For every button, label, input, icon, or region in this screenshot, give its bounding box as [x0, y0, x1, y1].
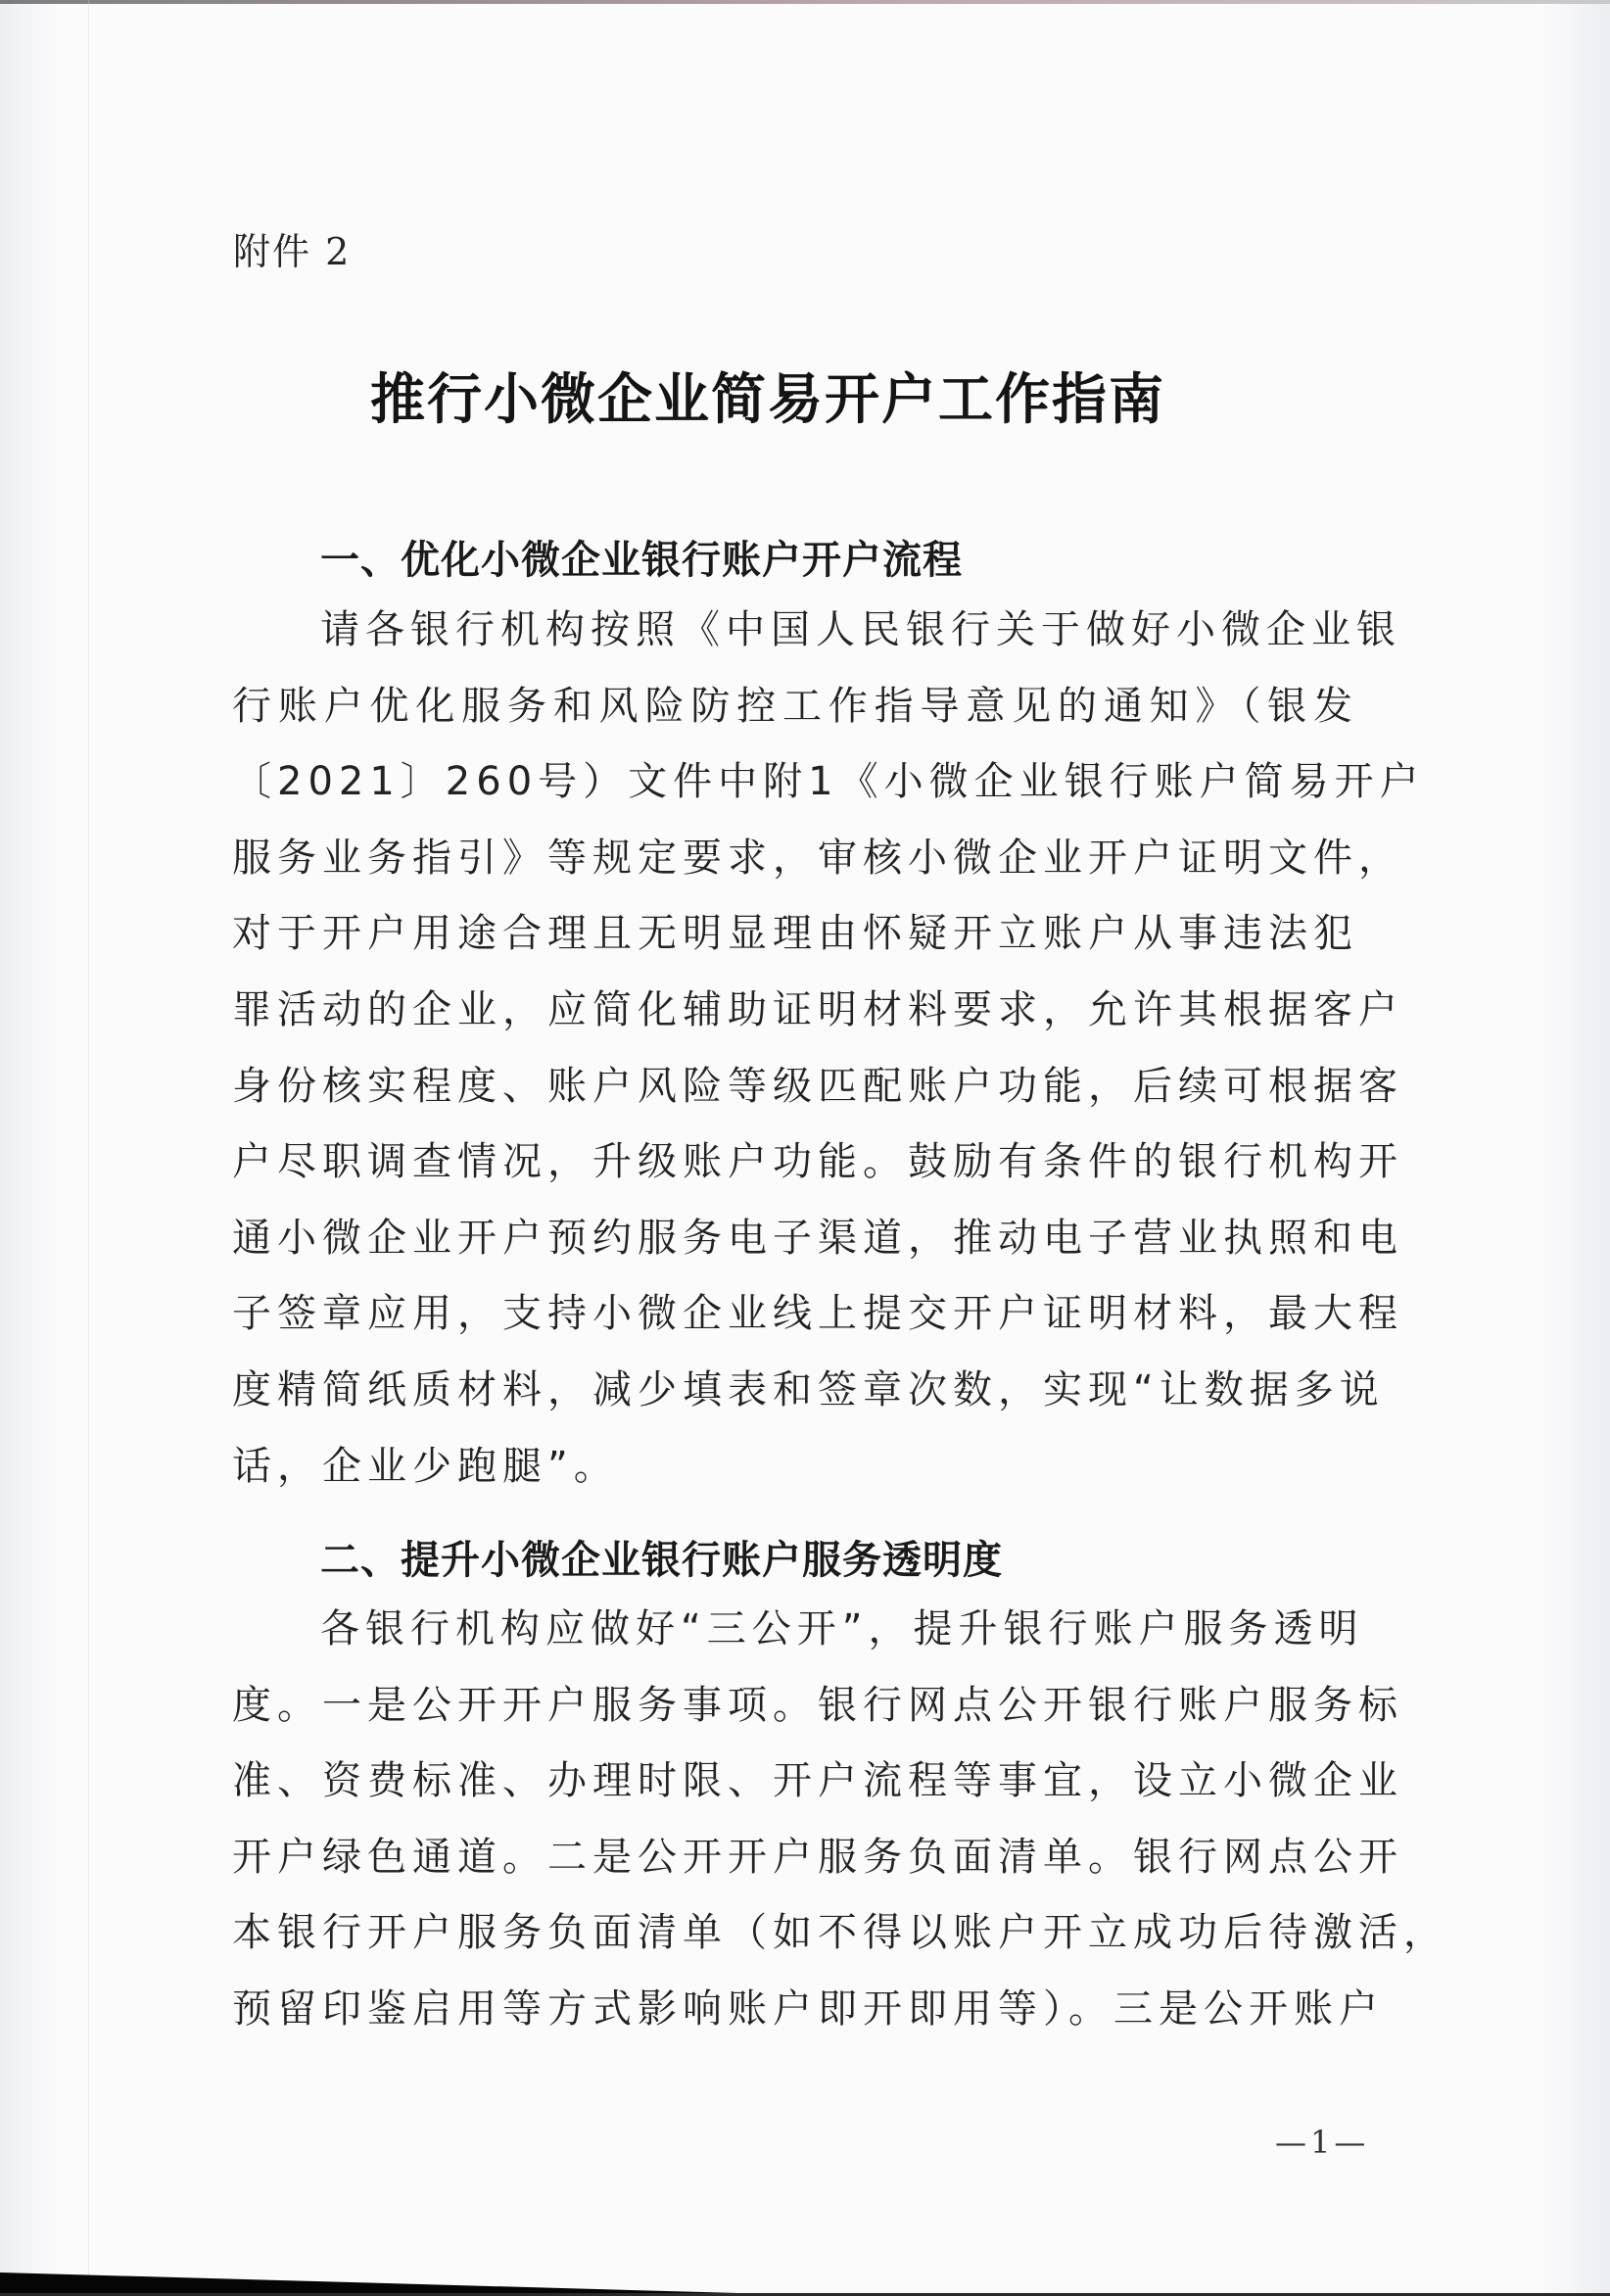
section-1-body: 请各银行机构按照《中国人民银行关于做好小微企业银 行账户优化服务和风险防控工作指…: [232, 593, 1358, 1505]
section-heading-1: 一、优化小微企业银行账户开户流程: [320, 529, 963, 585]
paragraph-line: 服务业务指引》等规定要求，审核小微企业开户证明文件，: [232, 821, 1358, 897]
paragraph-line: 对于开户用途合理且无明显理由怀疑开立账户从事违法犯: [232, 896, 1358, 973]
scan-top-edge: [0, 0, 1610, 4]
paragraph-line: 身份核实程度、账户风险等级匹配账户功能，后续可根据客: [232, 1049, 1358, 1125]
paragraph-line: 行账户优化服务和风险防控工作指导意见的通知》（银发: [232, 669, 1358, 745]
paragraph-line: 度。一是公开开户服务事项。银行网点公开银行账户服务标: [232, 1668, 1358, 1745]
paragraph-line: 请各银行机构按照《中国人民银行关于做好小微企业银: [232, 593, 1358, 669]
paragraph-line: 子签章应用，支持小微企业线上提交开户证明材料，最大程: [232, 1276, 1358, 1353]
paragraph-line: 预留印鉴启用等方式影响账户即开即用等）。三是公开账户: [232, 1972, 1358, 2048]
paragraph-line: 开户绿色通道。二是公开开户服务负面清单。银行网点公开: [232, 1820, 1358, 1896]
paragraph-line: 度精简纸质材料，减少填表和签章次数，实现“让数据多说: [232, 1353, 1358, 1429]
paragraph-line: 户尽职调查情况，升级账户功能。鼓励有条件的银行机构开: [232, 1124, 1358, 1201]
section-2-body: 各银行机构应做好“三公开”，提升银行账户服务透明 度。一是公开开户服务事项。银行…: [232, 1592, 1358, 2048]
section-heading-2: 二、提升小微企业银行账户服务透明度: [320, 1529, 1003, 1585]
paragraph-line: 〔2021〕260号）文件中附1《小微企业银行账户简易开户: [232, 744, 1358, 821]
paragraph-line: 罪活动的企业，应简化辅助证明材料要求，允许其根据客户: [232, 973, 1358, 1049]
paragraph-line: 话，企业少跑腿”。: [232, 1429, 1358, 1506]
paragraph-line: 通小微企业开户预约服务电子渠道，推动电子营业执照和电: [232, 1201, 1358, 1277]
scanned-page: 附件 2 推行小微企业简易开户工作指南 一、优化小微企业银行账户开户流程 请各银…: [0, 0, 1610, 2296]
page-number: —1—: [1275, 2124, 1369, 2161]
scan-fold-line: [88, 0, 89, 2296]
paragraph-line: 准、资费标准、办理时限、开户流程等事宜，设立小微企业: [232, 1744, 1358, 1820]
attachment-label: 附件 2: [233, 221, 351, 275]
paragraph-line: 本银行开户服务负面清单（如不得以账户开立成功后待激活，: [232, 1895, 1358, 1972]
document-title: 推行小微企业简易开户工作指南: [0, 357, 1536, 435]
paragraph-line: 各银行机构应做好“三公开”，提升银行账户服务透明: [232, 1592, 1358, 1668]
